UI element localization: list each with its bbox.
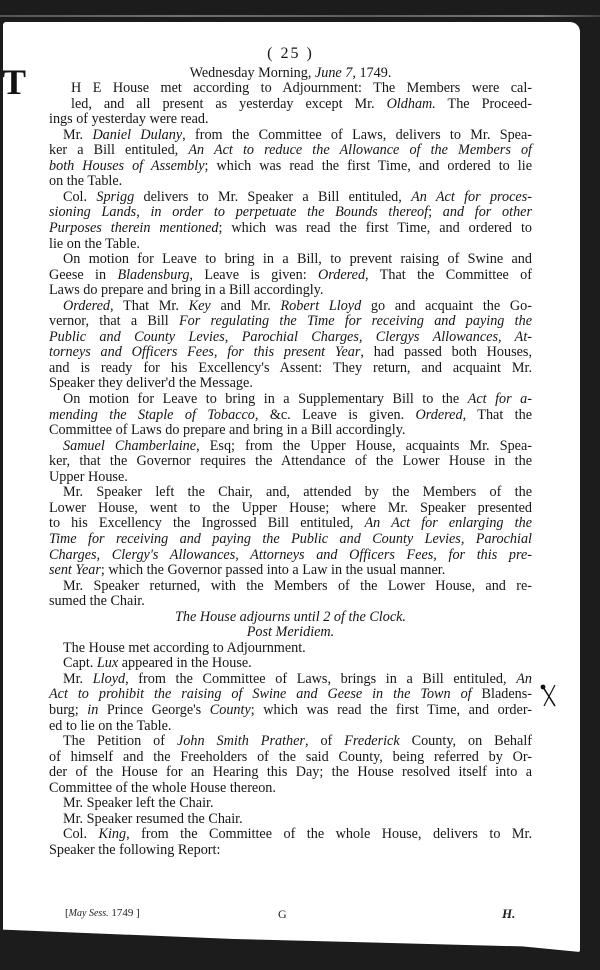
scanned-document: ( 25 ) Wednesday Morning, June 7, 1749. … — [0, 0, 600, 970]
text-segment: ; which was read the first Time, and ord… — [251, 702, 532, 718]
italic-text: sioning Lands, in order to perpetuate th… — [49, 204, 428, 220]
text-line: vernor, that a Bill For regulating the T… — [49, 314, 532, 330]
text-line: Samuel Chamberlaine, Esq; from the Upper… — [49, 439, 532, 455]
text-segment: and Mr. — [211, 298, 281, 314]
text-line: ker a Bill entituled, An Act to reduce t… — [49, 143, 532, 159]
text-line: sioning Lands, in order to perpetuate th… — [49, 205, 532, 221]
text-line: led, and all present as yesterday except… — [49, 97, 532, 113]
text-segment: to his Excellency the Ingrossed Bill ent… — [49, 515, 365, 531]
italic-text: Sprigg — [96, 189, 134, 205]
text-segment: of himself and the Freeholders of the sa… — [49, 749, 532, 765]
text-line: and is ready for his Excellency's Assent… — [49, 361, 532, 377]
italic-text: Ordered — [318, 267, 365, 283]
text-line: Col. Sprigg delivers to Mr. Speaker a Bi… — [49, 190, 532, 206]
text-line: Speaker they deliver'd the Message. — [49, 376, 532, 392]
text-line: both Houses of Assembly; which was read … — [49, 159, 532, 175]
text-segment: , of — [305, 733, 344, 749]
text-line: ings of yesterday were read. — [49, 112, 532, 128]
italic-text: Daniel Dulany — [92, 127, 182, 143]
text-line: Laws do prepare and bring in a Bill acco… — [49, 283, 532, 299]
italic-text: Lloyd — [93, 671, 125, 687]
italic-text: mending the Staple of Tobacco — [49, 407, 255, 423]
text-segment: Upper House. — [49, 469, 128, 485]
text-segment: Bladens- — [472, 686, 532, 702]
signature-mark: G — [278, 907, 287, 922]
italic-text: King — [99, 826, 127, 842]
text-segment: go and acquaint the Go- — [361, 298, 532, 314]
italic-text: Act to prohibit the raising of Swine and… — [49, 686, 472, 702]
italic-text: Purposes therein mentioned — [49, 220, 219, 236]
text-line: Mr. Speaker resumed the Chair. — [49, 812, 532, 828]
italic-text: Oldham. — [387, 96, 436, 112]
catchword: H. — [502, 906, 515, 922]
text-segment: lie on the Table. — [49, 236, 140, 252]
text-segment: , from the Committee of Laws, delivers t… — [182, 127, 532, 143]
text-line: Public and County Levies, Parochial Char… — [49, 330, 532, 346]
italic-text: both Houses of Assembly — [49, 158, 205, 174]
italic-text: Ordered — [416, 407, 463, 423]
text-line: The House adjourns until 2 of the Clock. — [49, 610, 532, 626]
journal-body: H E House met according to Adjournment: … — [49, 81, 532, 858]
text-line: Geese in Bladensburg, Leave is given: Or… — [49, 268, 532, 284]
italic-text: An — [516, 671, 532, 687]
italic-text: Ordered — [63, 298, 110, 314]
text-segment: ; — [428, 204, 443, 220]
text-line: On motion for Leave to bring in a Supple… — [49, 392, 532, 408]
text-line: Mr. Daniel Dulany, from the Committee of… — [49, 128, 532, 144]
session-heading: Wednesday Morning, June 7, 1749. — [49, 66, 532, 82]
text-segment: Lower House, went to the Upper House; wh… — [49, 500, 532, 516]
text-segment: ings of yesterday were read. — [49, 111, 209, 127]
text-segment: ; which was read the first Time, and ord… — [205, 158, 533, 174]
text-segment: ed to lie on the Table. — [49, 718, 171, 734]
text-line: H E House met according to Adjournment: … — [49, 81, 532, 97]
text-line: ed to lie on the Table. — [49, 719, 532, 735]
text-segment: Speaker they deliver'd the Message. — [49, 375, 253, 391]
heading-prefix: Wednesday Morning, — [190, 65, 315, 81]
italic-text: County — [210, 702, 251, 718]
text-line: Mr. Speaker left the Chair, and, attende… — [49, 485, 532, 501]
text-segment: led, and all present as yesterday except… — [71, 96, 387, 112]
page-text-block: ( 25 ) Wednesday Morning, June 7, 1749. … — [49, 46, 532, 858]
text-segment: burg; — [49, 702, 87, 718]
text-line: Ordered, That Mr. Key and Mr. Robert Llo… — [49, 299, 532, 315]
text-segment: der of the House for an Hearing this Day… — [49, 764, 532, 780]
signature-year: 1749 ] — [109, 907, 140, 919]
text-line: Lower House, went to the Upper House; wh… — [49, 501, 532, 517]
text-segment: The Proceed- — [436, 96, 532, 112]
italic-text: An Act to reduce the Allowance of the Me… — [188, 142, 532, 158]
italic-text: Post Meridiem. — [247, 624, 334, 640]
text-line: The Petition of John Smith Prather, of F… — [49, 734, 532, 750]
text-line: Committee of the whole House thereon. — [49, 781, 532, 797]
text-segment: ker a Bill entituled, — [49, 142, 188, 158]
text-segment: Capt. — [63, 655, 97, 671]
text-line: sent Year; which the Governor passed int… — [49, 563, 532, 579]
text-segment: ; which the Governor passed into a Law i… — [101, 562, 445, 578]
italic-text: Key — [189, 298, 211, 314]
text-segment: Col. — [63, 189, 96, 205]
margin-x-mark-icon — [540, 684, 558, 708]
text-segment: Speaker the following Report: — [49, 842, 220, 858]
document-page: ( 25 ) Wednesday Morning, June 7, 1749. … — [3, 22, 580, 952]
text-line: der of the House for an Hearing this Day… — [49, 765, 532, 781]
italic-text: sent Year — [49, 562, 101, 578]
text-segment: The House met according to Adjournment. — [63, 640, 306, 656]
text-segment: County, on Behalf — [400, 733, 532, 749]
text-segment: , from the Committee of the whole House,… — [126, 826, 532, 842]
italic-text: torneys and Officers Fees, for this pres… — [49, 344, 360, 360]
italic-text: Public and County Levies, Parochial Char… — [49, 329, 532, 345]
page-number: ( 25 ) — [49, 46, 532, 62]
text-line: sumed the Chair. — [49, 594, 532, 610]
text-segment: Mr. Speaker left the Chair, and, attende… — [63, 484, 532, 500]
italic-text: For regulating the Time for receiving an… — [179, 313, 532, 329]
italic-text: John Smith Prather — [177, 733, 305, 749]
text-line: The House met according to Adjournment. — [49, 641, 532, 657]
text-line: On motion for Leave to bring in a Bill, … — [49, 252, 532, 268]
text-segment: ; which was read the first Time, and ord… — [219, 220, 533, 236]
italic-text: Bladensburg — [117, 267, 189, 283]
text-segment: Geese in — [49, 267, 117, 283]
text-line: Charges, Clergy's Allowances, Attorneys … — [49, 548, 532, 564]
text-line: Upper House. — [49, 470, 532, 486]
signature-line: [May Sess. 1749 ] — [65, 907, 140, 919]
text-segment: ker, that the Governor requires the Atte… — [49, 453, 532, 469]
text-segment: , Leave is given: — [189, 267, 318, 283]
text-segment: Mr. Speaker left the Chair. — [63, 795, 214, 811]
text-segment: , &c. Leave is given. — [255, 407, 416, 423]
italic-text: Robert Lloyd — [281, 298, 362, 314]
italic-text: Time for receiving and paying the Public… — [49, 531, 532, 547]
text-segment: , from the Committee of Laws, brings in … — [125, 671, 516, 687]
text-segment: sumed the Chair. — [49, 593, 145, 609]
text-line: Mr. Lloyd, from the Committee of Laws, b… — [49, 672, 532, 688]
text-segment: Committee of the whole House thereon. — [49, 780, 276, 796]
text-segment: On motion for Leave to bring in a Supple… — [63, 391, 468, 407]
text-segment: Col. — [63, 826, 99, 842]
text-line: Mr. Speaker returned, with the Members o… — [49, 579, 532, 595]
text-line: Speaker the following Report: — [49, 843, 532, 859]
text-segment: Mr. Speaker resumed the Chair. — [63, 811, 243, 827]
text-segment: appeared in the House. — [118, 655, 252, 671]
text-segment: , That the Committee of — [365, 267, 532, 283]
text-line: Col. King, from the Committee of the who… — [49, 827, 532, 843]
text-line: to his Excellency the Ingrossed Bill ent… — [49, 516, 532, 532]
italic-text: The House adjourns until 2 of the Clock. — [175, 609, 406, 625]
text-segment: H E House met according to Adjournment: … — [71, 80, 532, 96]
heading-date: June 7, — [315, 65, 356, 81]
text-segment: Mr. — [63, 671, 93, 687]
italic-text: Charges, Clergy's Allowances, Attorneys … — [49, 547, 532, 563]
text-line: Act to prohibit the raising of Swine and… — [49, 687, 532, 703]
text-segment: delivers to Mr. Speaker a Bill entituled… — [134, 189, 411, 205]
text-segment: On motion for Leave to bring in a Bill, … — [63, 251, 532, 267]
text-line: Mr. Speaker left the Chair. — [49, 796, 532, 812]
text-line: lie on the Table. — [49, 237, 532, 253]
text-segment: Prince George's — [98, 702, 209, 718]
text-line: ker, that the Governor requires the Atte… — [49, 454, 532, 470]
italic-text: in — [87, 702, 98, 718]
text-line: Committee of Laws do prepare and bring i… — [49, 423, 532, 439]
text-segment: The Petition of — [63, 733, 177, 749]
italic-text: Frederick — [344, 733, 399, 749]
text-segment: , That Mr. — [110, 298, 189, 314]
text-segment: Mr. Speaker returned, with the Members o… — [63, 578, 532, 594]
italic-text: Act for a- — [468, 391, 532, 407]
page-edge-shadow — [0, 15, 600, 17]
text-line: mending the Staple of Tobacco, &c. Leave… — [49, 408, 532, 424]
italic-text: and for other — [443, 204, 532, 220]
text-segment: Mr. — [63, 127, 92, 143]
text-line: Capt. Lux appeared in the House. — [49, 656, 532, 672]
text-line: Purposes therein mentioned; which was re… — [49, 221, 532, 237]
text-segment: , That the — [463, 407, 532, 423]
text-segment: and is ready for his Excellency's Assent… — [49, 360, 532, 376]
text-line: Time for receiving and paying the Public… — [49, 532, 532, 548]
italic-text: An Act for proces- — [411, 189, 532, 205]
italic-text: Samuel Chamberlaine — [63, 438, 196, 454]
text-segment: vernor, that a Bill — [49, 313, 179, 329]
text-line: Post Meridiem. — [49, 625, 532, 641]
text-line: of himself and the Freeholders of the sa… — [49, 750, 532, 766]
text-segment: on the Table. — [49, 173, 122, 189]
italic-text: Lux — [97, 655, 118, 671]
italic-text: An Act for enlarging the — [365, 515, 532, 531]
text-segment: Committee of Laws do prepare and bring i… — [49, 422, 405, 438]
text-segment: , had passed both Houses, — [360, 344, 532, 360]
drop-cap: T — [2, 67, 26, 97]
text-segment: Laws do prepare and bring in a Bill acco… — [49, 282, 323, 298]
text-segment: , Esq; from the Upper House, acquaints M… — [196, 438, 532, 454]
text-line: on the Table. — [49, 174, 532, 190]
text-line: burg; in Prince George's County; which w… — [49, 703, 532, 719]
heading-year: 1749. — [356, 65, 391, 81]
signature-session: May Sess. — [69, 908, 109, 919]
text-line: torneys and Officers Fees, for this pres… — [49, 345, 532, 361]
